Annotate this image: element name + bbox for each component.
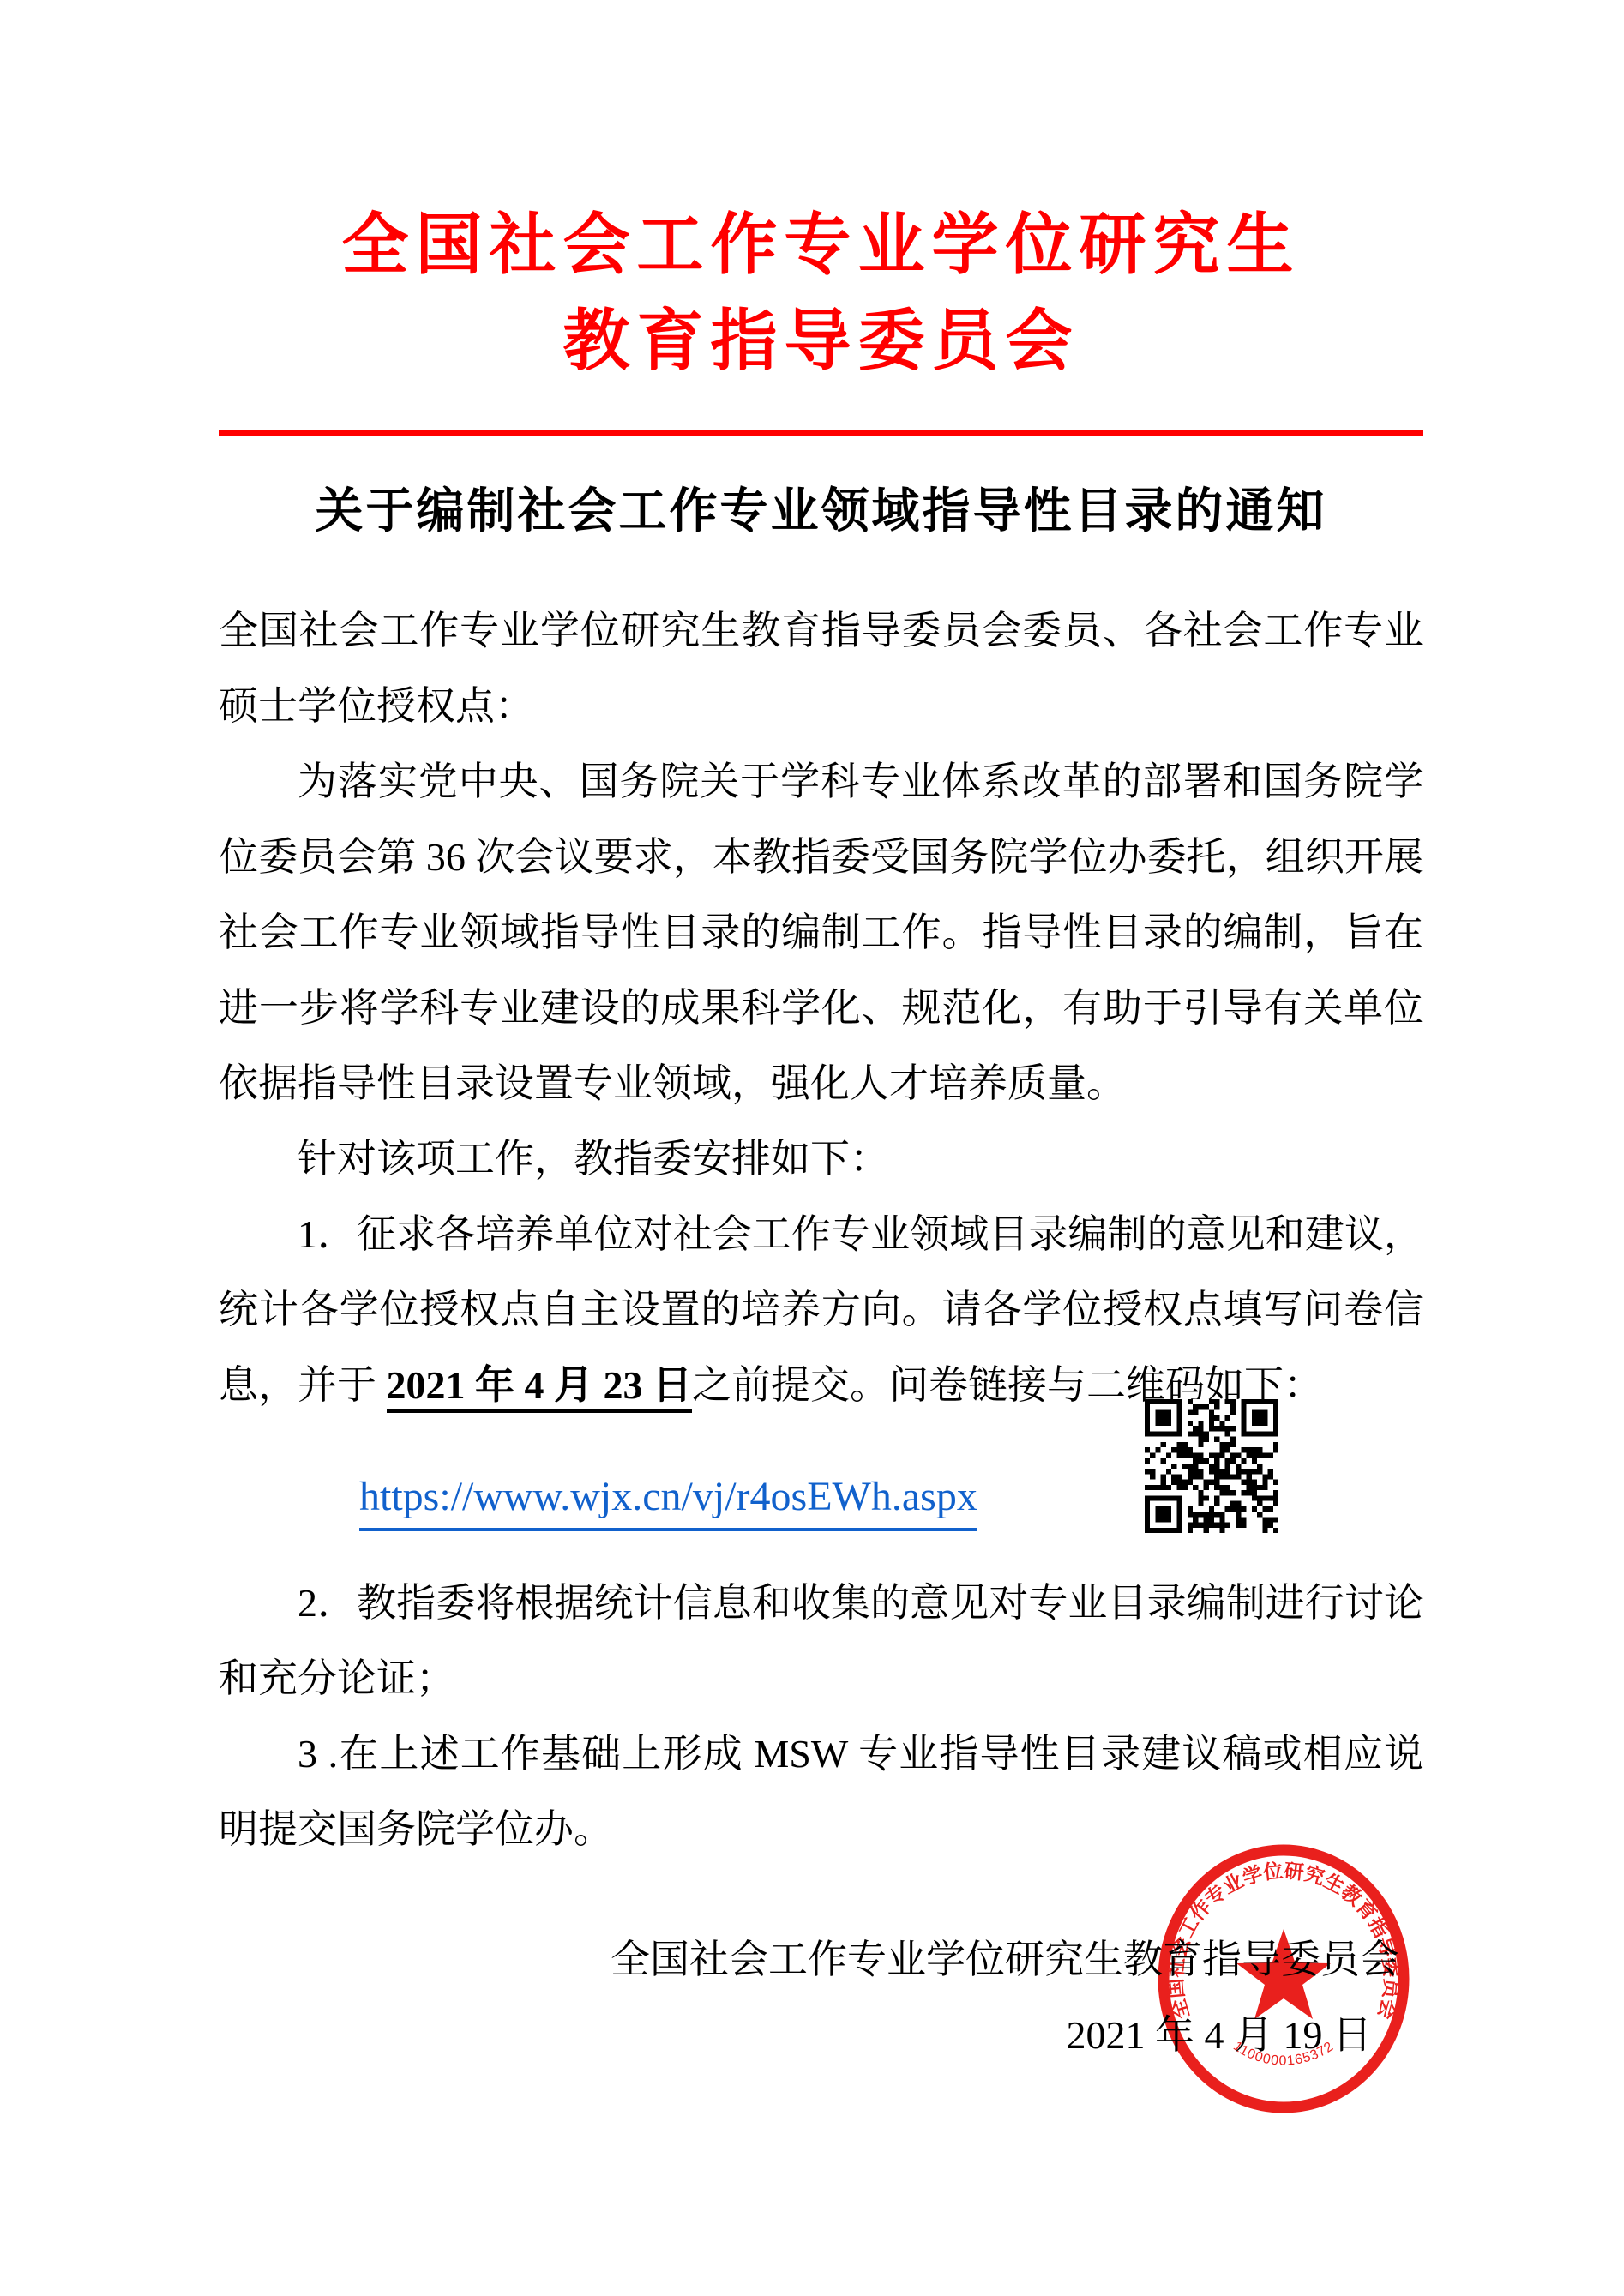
- qr-code-icon: [1145, 1399, 1278, 1533]
- survey-link-row: https://www.wjx.cn/vj/r4osEWh.aspx: [219, 1423, 1423, 1566]
- document-title: 关于编制社会工作专业领域指导性目录的通知: [219, 484, 1423, 538]
- document-page: 全国社会工作专业学位研究生 教育指导委员会 关于编制社会工作专业领域指导性目录的…: [0, 0, 1624, 2296]
- letterhead-line-1: 全国社会工作专业学位研究生: [219, 197, 1423, 293]
- deadline-text: 2021 年 4 月 23 日: [387, 1363, 693, 1413]
- document-body: 全国社会工作专业学位研究生教育指导委员会委员、各社会工作专业硕士学位授权点： 为…: [219, 593, 1423, 1867]
- signature-date: 2021 年 4 月 19 日: [219, 1998, 1423, 2073]
- survey-link[interactable]: https://www.wjx.cn/vj/r4osEWh.aspx: [359, 1473, 977, 1531]
- letterhead-line-2: 教育指导委员会: [219, 293, 1423, 389]
- paragraph-item-2: 2．教指委将根据统计信息和收集的意见对专业目录编制进行讨论和充分论证；: [219, 1566, 1423, 1716]
- signature-block: 全国社会工作专业学位研究生教育指导委员会 2021 年 4 月 19 日: [219, 1922, 1423, 2073]
- paragraph-arrangement-intro: 针对该项工作，教指委安排如下：: [219, 1121, 1423, 1197]
- letterhead-divider: [219, 430, 1423, 436]
- signature-organization: 全国社会工作专业学位研究生教育指导委员会: [219, 1922, 1423, 1998]
- letterhead: 全国社会工作专业学位研究生 教育指导委员会 关于编制社会工作专业领域指导性目录的…: [219, 197, 1423, 538]
- salutation: 全国社会工作专业学位研究生教育指导委员会委员、各社会工作专业硕士学位授权点：: [219, 593, 1423, 744]
- paragraph-background: 为落实党中央、国务院关于学科专业体系改革的部署和国务院学位委员会第 36 次会议…: [219, 744, 1423, 1121]
- paragraph-item-1: 1．征求各培养单位对社会工作专业领域目录编制的意见和建议，统计各学位授权点自主设…: [219, 1197, 1423, 1423]
- paragraph-item-3: 3 .在上述工作基础上形成 MSW 专业指导性目录建议稿或相应说明提交国务院学位…: [219, 1716, 1423, 1867]
